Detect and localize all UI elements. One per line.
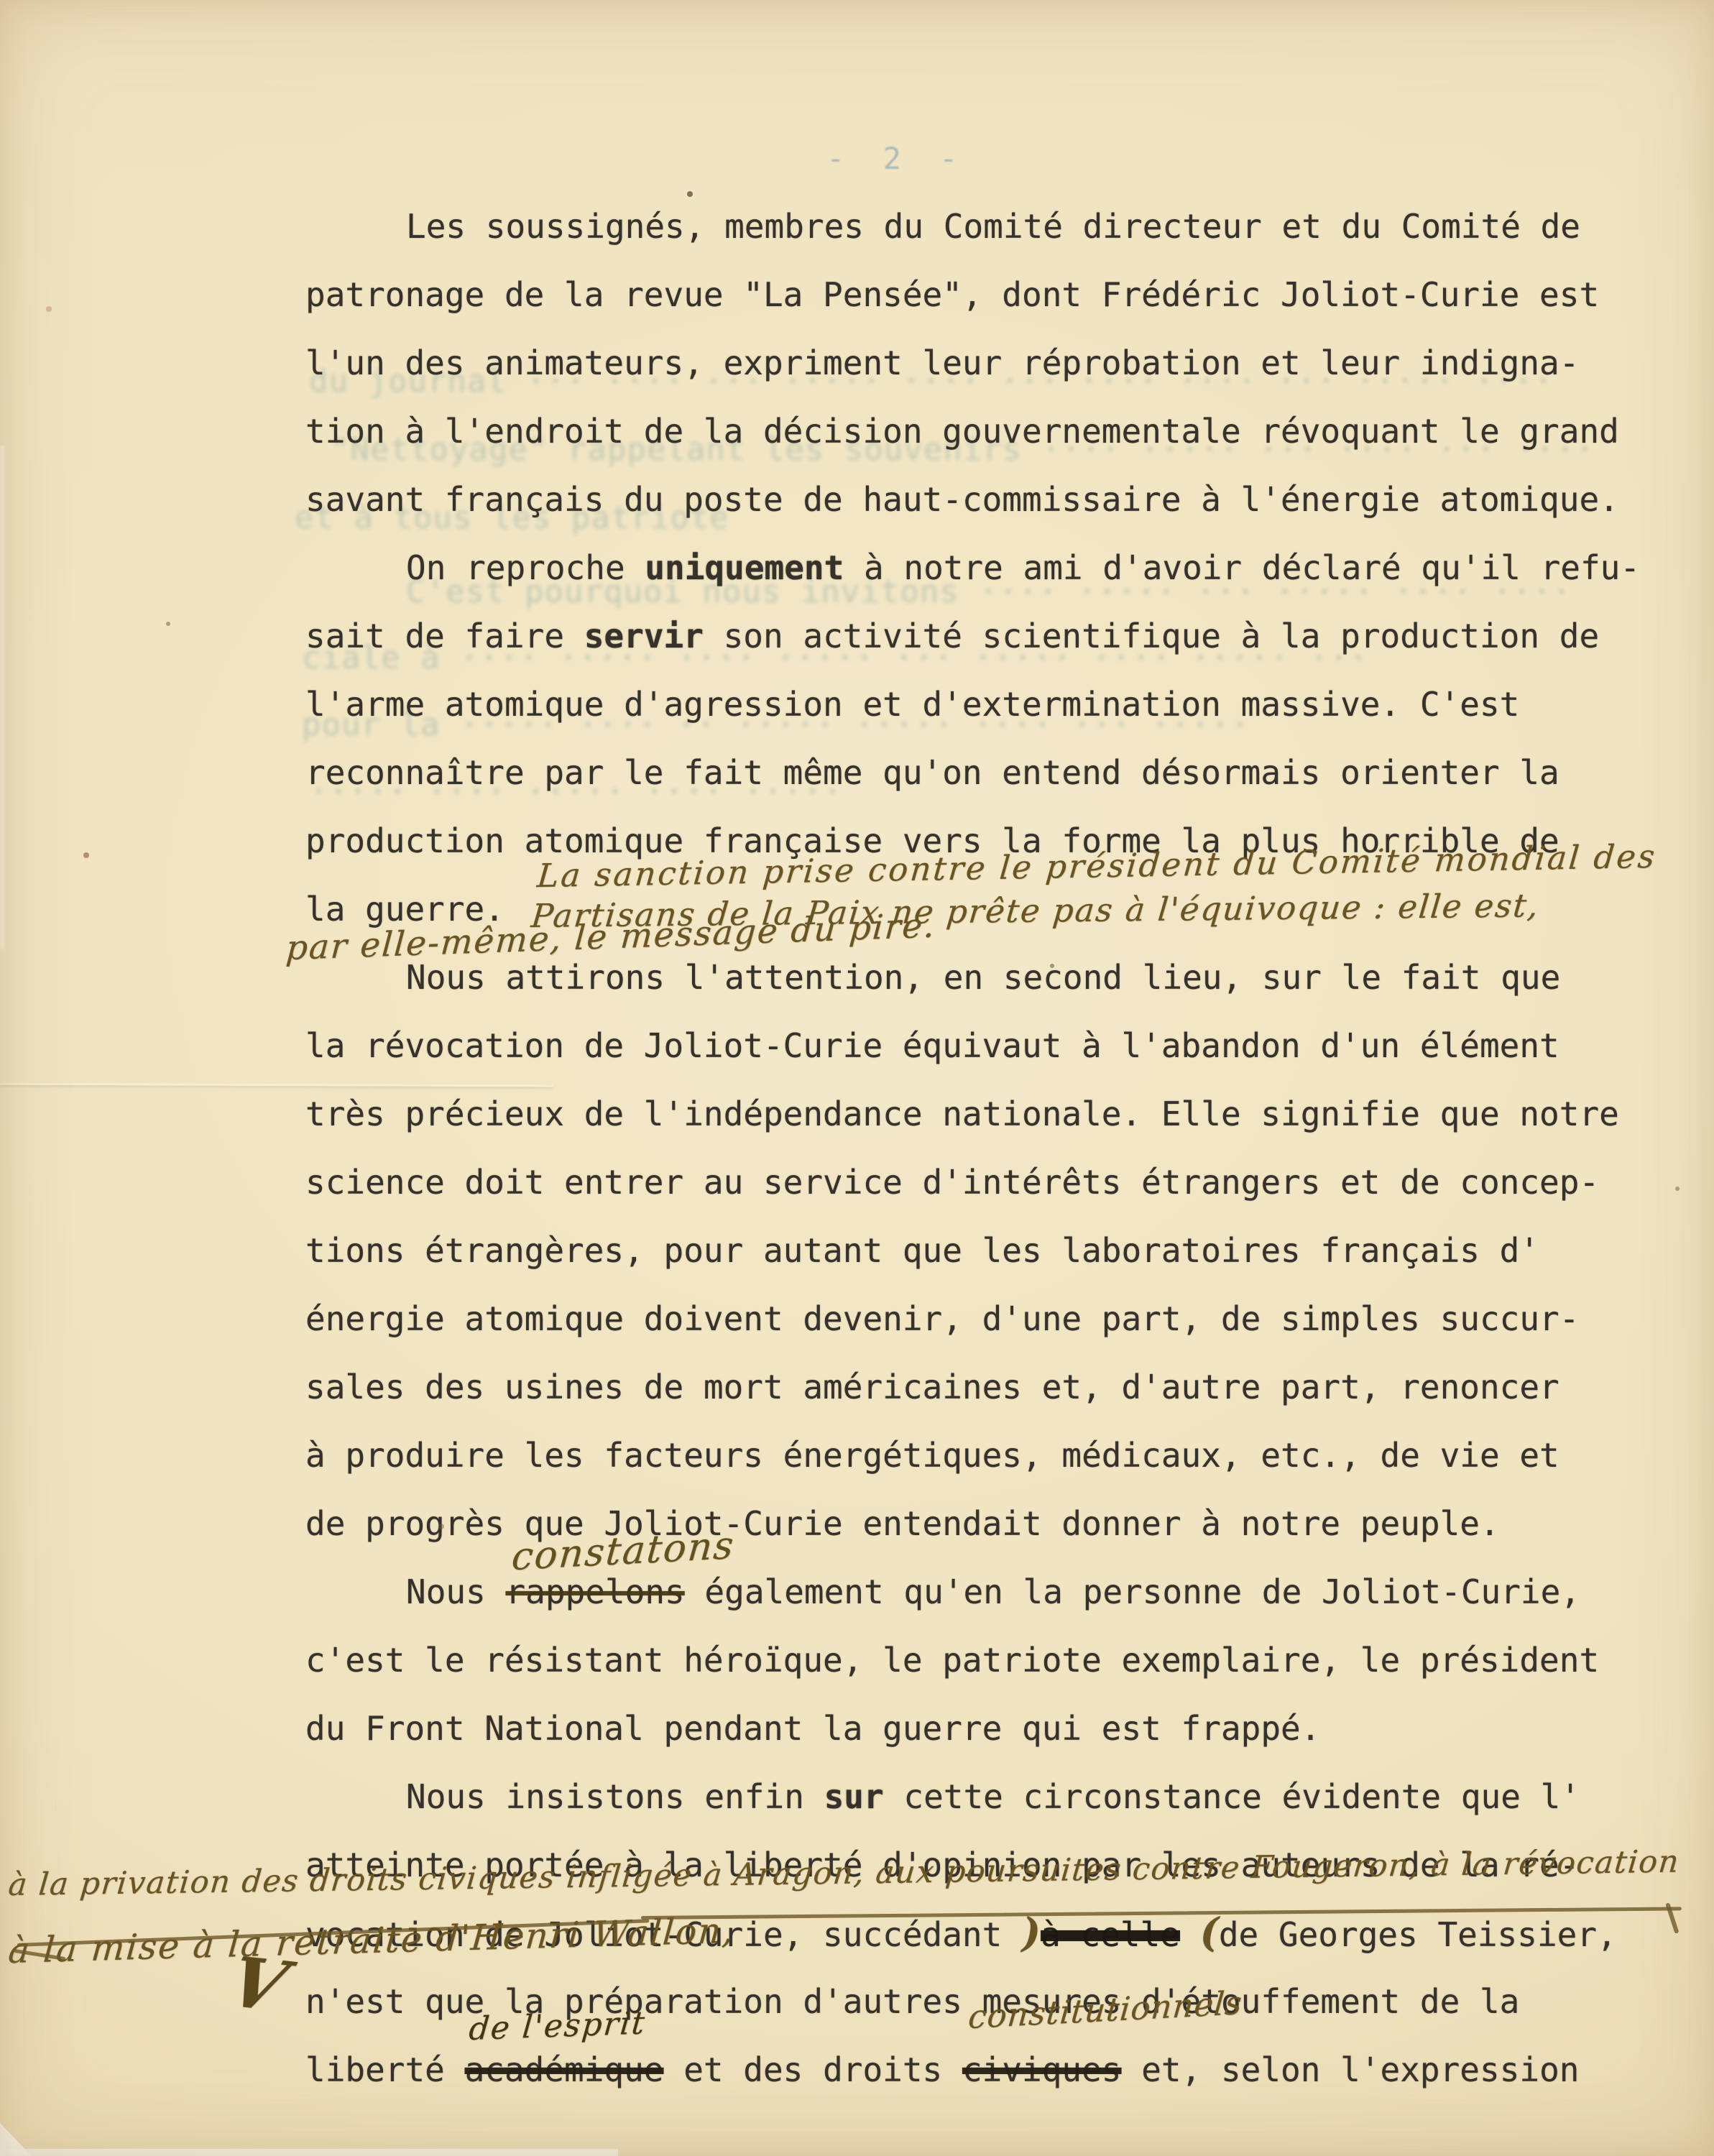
typed-text-segment: énergie atomique doivent devenir, d'une …	[305, 1299, 1579, 1338]
typed-line: Nous attirons l'attention, en second lie…	[305, 956, 1714, 999]
typed-text-segment	[1180, 1915, 1200, 1954]
typed-line: énergie atomique doivent devenir, d'une …	[305, 1297, 1671, 1340]
handwritten-esprit-correction: de l'esprit	[468, 2004, 648, 2047]
paper-specks	[0, 0, 3, 3]
typed-text-segment: patronage de la revue "La Pensée", dont …	[305, 275, 1599, 314]
typed-line: c'est le résistant héroïque, le patriote…	[305, 1639, 1671, 1682]
typed-line: l'arme atomique d'agression et d'extermi…	[305, 683, 1671, 726]
typed-line: On reproche uniquement à notre ami d'avo…	[305, 546, 1714, 589]
typed-text-segment: savant français du poste de haut-commiss…	[305, 480, 1619, 519]
typed-bold-segment: uniquement	[645, 548, 844, 587]
typed-text-segment: également qu'en la personne de Joliot-Cu…	[685, 1572, 1580, 1611]
typed-line: l'un des animateurs, expriment leur répr…	[305, 341, 1671, 384]
typed-text-segment: de Georges Teissier,	[1219, 1915, 1617, 1954]
typed-text-segment: c'est le résistant héroïque, le patriote…	[305, 1641, 1599, 1680]
typed-text-segment: Nous	[406, 1572, 505, 1611]
paper-corner-wedge	[0, 2123, 32, 2156]
typed-text-segment: l'un des animateurs, expriment leur répr…	[305, 344, 1579, 382]
typed-line: reconnaître par le fait même qu'on enten…	[305, 751, 1671, 794]
typed-text-segment: Nous attirons l'attention, en second lie…	[406, 958, 1560, 997]
typed-text-segment: sait de faire	[305, 617, 584, 655]
typed-line: sait de faire servir son activité scient…	[305, 614, 1671, 658]
typed-text-segment: du Front National pendant la guerre qui …	[305, 1709, 1320, 1748]
typed-bold-segment: servir	[584, 617, 704, 655]
typed-line: tion à l'endroit de la décision gouverne…	[305, 410, 1671, 453]
typed-text-segment: reconnaître par le fait même qu'on enten…	[305, 753, 1559, 792]
typed-text-segment: la révocation de Joliot-Curie équivaut à…	[305, 1026, 1559, 1065]
typed-bold-segment: sur	[824, 1777, 884, 1816]
typed-strike2-segment: civiques	[962, 2050, 1122, 2089]
typed-text-segment: Les soussignés, membres du Comité direct…	[406, 207, 1580, 246]
typed-line: très précieux de l'indépendance national…	[305, 1092, 1671, 1135]
typed-line: tions étrangères, pour autant que les la…	[305, 1229, 1671, 1272]
paper-edge-highlight	[0, 446, 4, 949]
page-number: - 2 -	[826, 141, 967, 176]
typed-ink-segment: )	[1022, 1909, 1041, 1956]
paper-crease	[0, 1083, 553, 1087]
typed-text-segment: Nous insistons enfin	[406, 1777, 824, 1816]
typed-text-segment: cette circonstance évidente que l'	[884, 1777, 1580, 1816]
typed-line: patronage de la revue "La Pensée", dont …	[305, 273, 1671, 316]
typed-line: Nous insistons enfin sur cette circonsta…	[305, 1775, 1714, 1818]
typed-line: du Front National pendant la guerre qui …	[305, 1707, 1671, 1750]
typed-line: science doit entrer au service d'intérêt…	[305, 1161, 1671, 1204]
typed-ink-segment: (	[1200, 1909, 1219, 1956]
typed-text-segment: et, selon l'expression	[1122, 2050, 1580, 2089]
typed-text-segment: liberté	[305, 2050, 465, 2089]
typed-line: la révocation de Joliot-Curie équivaut à…	[305, 1024, 1671, 1067]
typed-text-segment: sales des usines de mort américaines et,…	[305, 1368, 1559, 1406]
typed-text-segment: très précieux de l'indépendance national…	[305, 1095, 1619, 1133]
document-page: - 2 - du journal ··· ···· ··· ····· ····…	[0, 0, 1714, 2156]
typed-text-segment: l'arme atomique d'agression et d'extermi…	[305, 685, 1519, 724]
typed-line: à produire les facteurs énergétiques, mé…	[305, 1434, 1671, 1477]
paper-vignette	[0, 0, 1714, 2156]
typed-text-segment: tions étrangères, pour autant que les la…	[305, 1231, 1539, 1270]
typed-strike-heavy-segment: à celle	[1041, 1915, 1180, 1954]
typed-text-segment: tion à l'endroit de la décision gouverne…	[305, 412, 1619, 451]
typed-line: Les soussignés, membres du Comité direct…	[305, 205, 1714, 248]
typed-line: sales des usines de mort américaines et,…	[305, 1365, 1671, 1409]
typed-text-segment: science doit entrer au service d'intérêt…	[305, 1163, 1599, 1202]
typed-text-segment: On reproche	[406, 548, 645, 587]
typed-text-segment: son activité scientifique à la productio…	[704, 617, 1599, 655]
typed-line: liberté académique et des droits civique…	[305, 2048, 1671, 2091]
typed-text-segment: à notre ami d'avoir déclaré qu'il refu-	[844, 548, 1640, 587]
typed-line: savant français du poste de haut-commiss…	[305, 478, 1671, 521]
paper-bottom-edge	[0, 2149, 618, 2156]
typed-line: de progrès que Joliot-Curie entendait do…	[305, 1502, 1671, 1545]
typed-strike-segment: rappelons	[505, 1572, 684, 1611]
typed-text-segment: de progrès que Joliot-Curie entendait do…	[305, 1504, 1500, 1543]
typed-text-segment: à produire les facteurs énergétiques, mé…	[305, 1436, 1559, 1475]
typed-strike2-segment: académique	[465, 2050, 664, 2089]
typed-text-segment: et des droits	[664, 2050, 962, 2089]
